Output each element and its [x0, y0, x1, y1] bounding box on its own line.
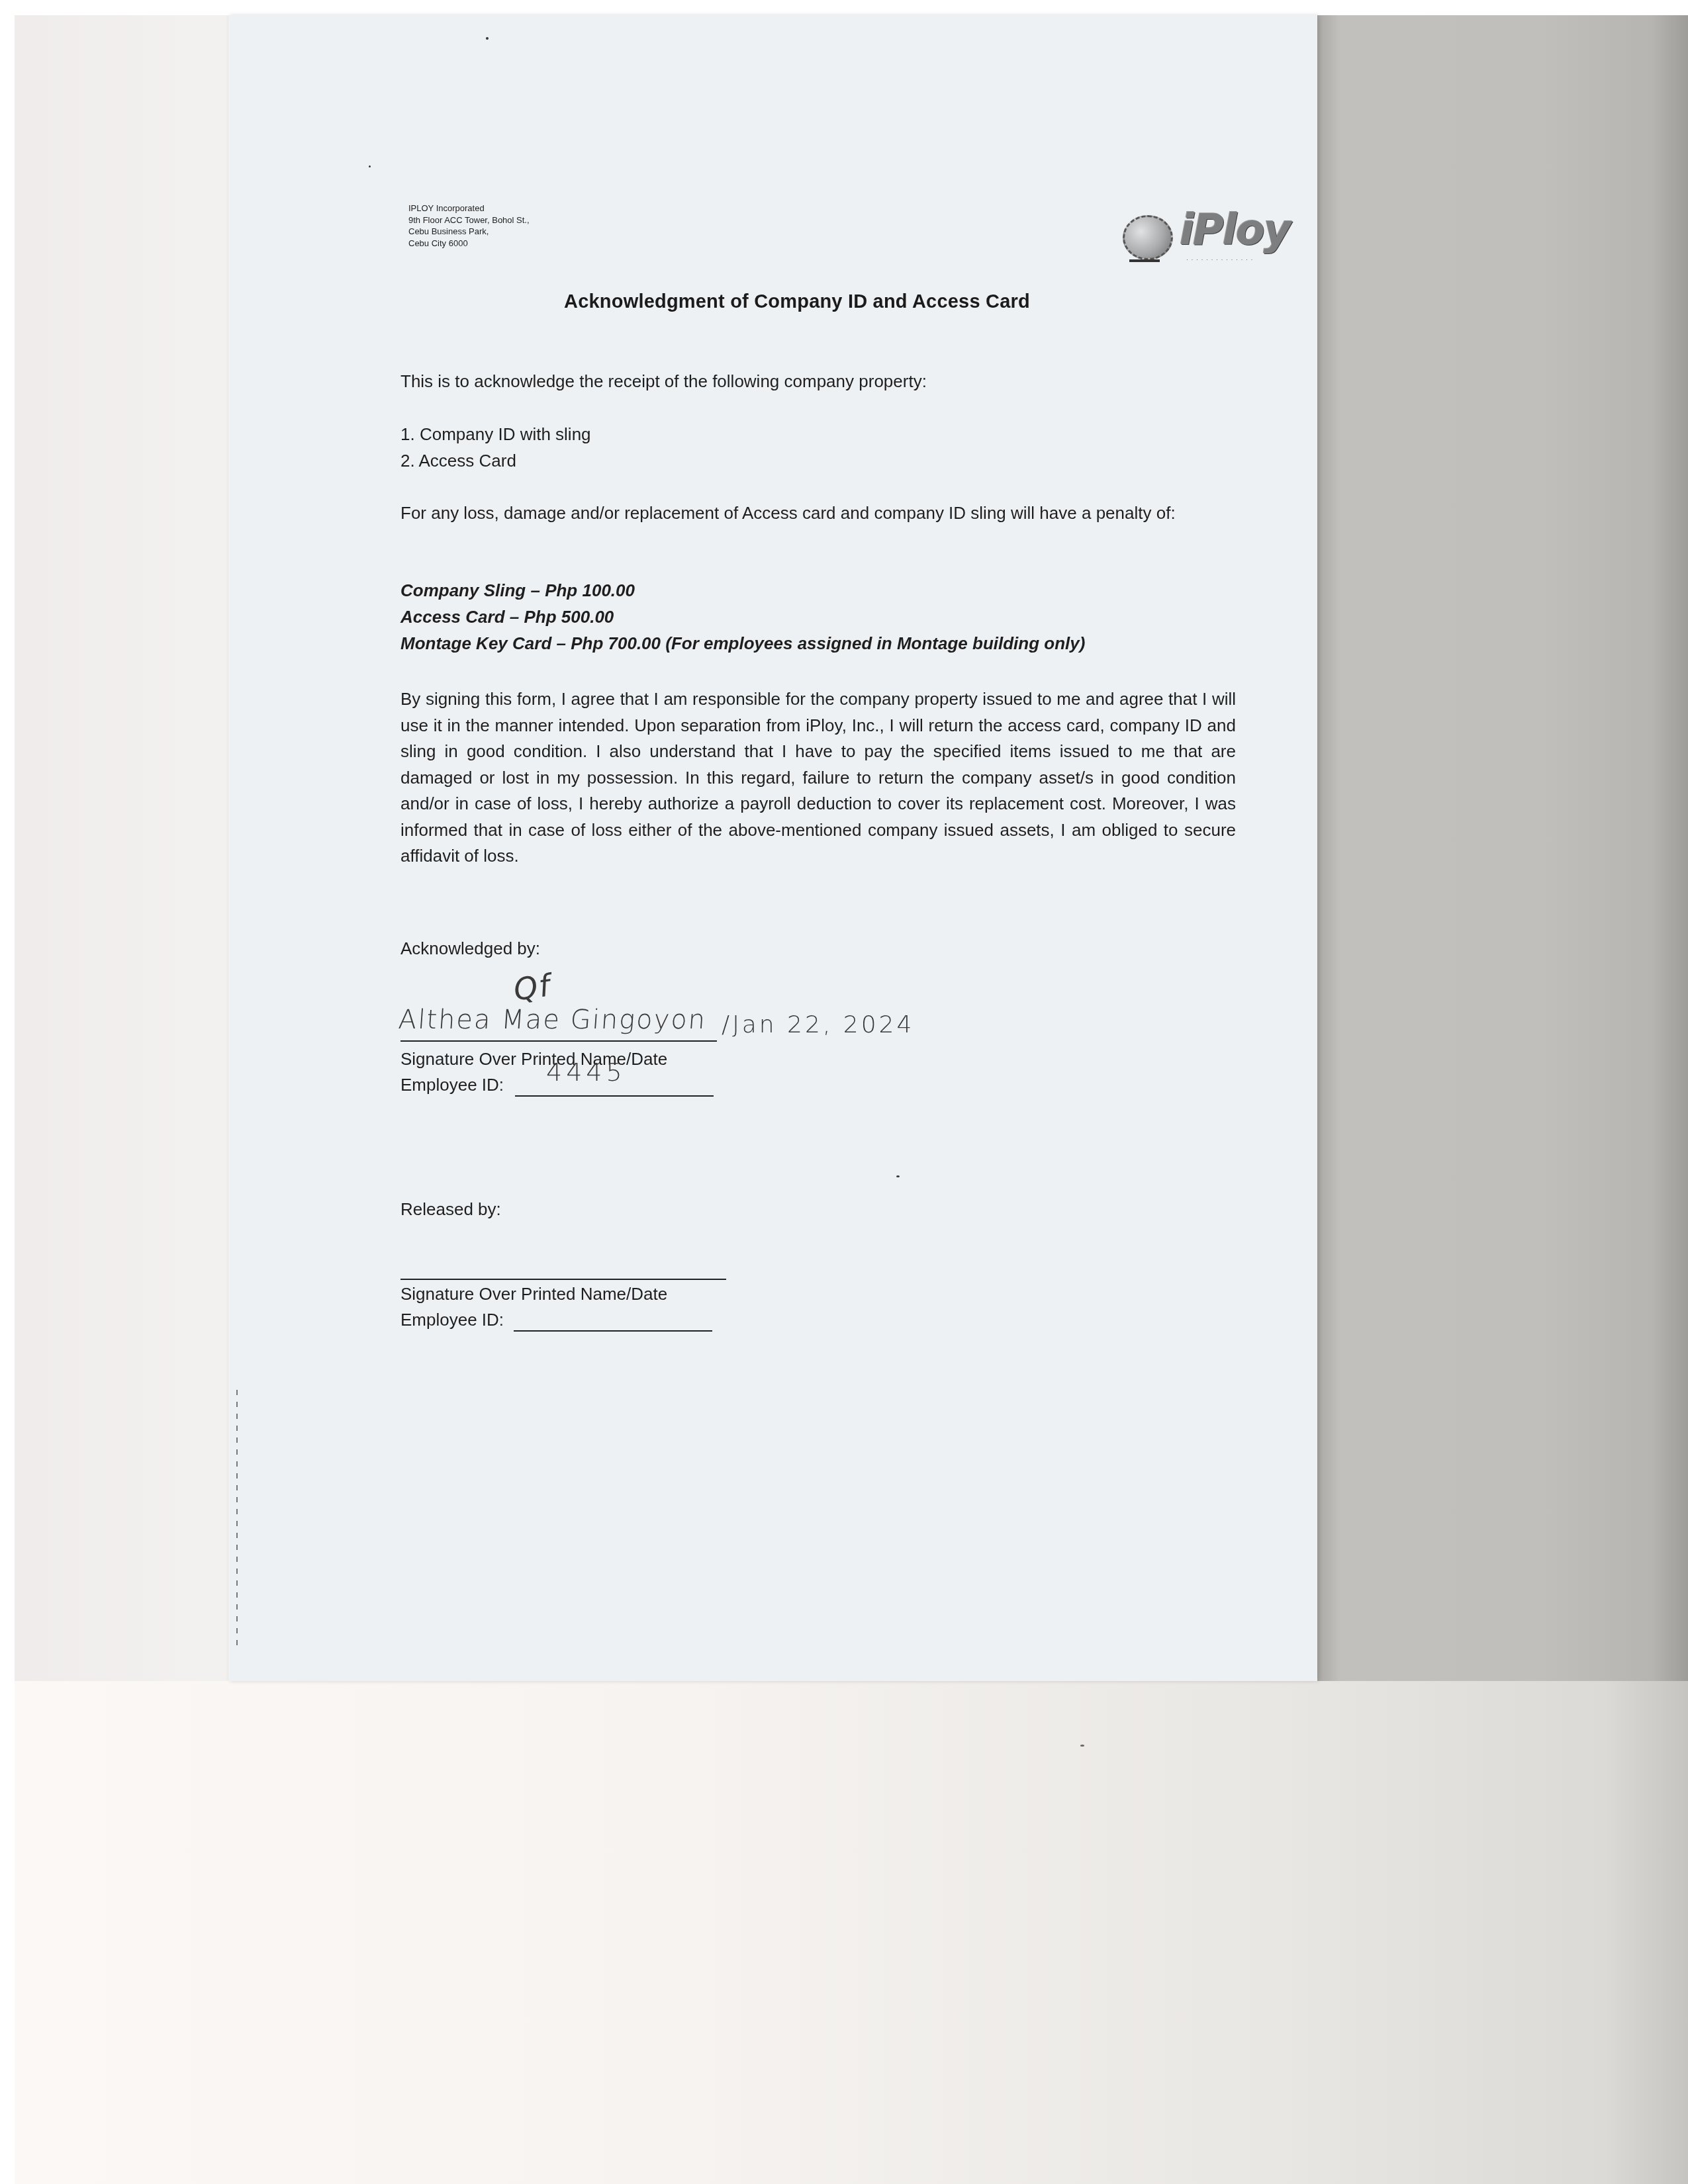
company-address: IPLOY Incorporated 9th Floor ACC Tower, … [408, 203, 530, 249]
intro-text: This is to acknowledge the receipt of th… [400, 371, 927, 392]
address-line: 9th Floor ACC Tower, Bohol St., [408, 214, 530, 226]
scan-speck [1080, 1745, 1084, 1747]
rate-item: Company Sling – Php 100.00 [400, 577, 1085, 604]
printed-name: Althea Mae Gingoyon [397, 1005, 707, 1035]
address-line: Cebu City 6000 [408, 238, 530, 250]
acknowledged-employee-id-value: 4445 [546, 1058, 626, 1087]
property-list: 1. Company ID with sling 2. Access Card [400, 421, 591, 474]
list-item: 2. Access Card [400, 447, 591, 474]
globe-icon [1123, 215, 1173, 260]
released-signature-caption: Signature Over Printed Name/Date [400, 1284, 667, 1304]
rate-item: Montage Key Card – Php 700.00 (For emplo… [400, 630, 1085, 657]
signature-date: /Jan 22, 2024 [722, 1011, 914, 1038]
address-line: Cebu Business Park, [408, 226, 530, 238]
acknowledged-signature-caption: Signature Over Printed Name/Date [400, 1049, 667, 1069]
scan-speck [369, 165, 371, 167]
company-logo: iPloy · · · · · · · · · · · · · · [1120, 208, 1286, 268]
scan-speck [486, 37, 489, 40]
address-line: IPLOY Incorporated [408, 203, 530, 214]
rate-item: Access Card – Php 500.00 [400, 604, 1085, 630]
document-title: Acknowledgment of Company ID and Access … [564, 291, 1030, 313]
binding-marks [236, 1390, 238, 1648]
scanner-shadow [1317, 15, 1688, 1681]
acknowledged-signature-line[interactable] [400, 1040, 717, 1042]
signature-initials: Qf [512, 967, 553, 1007]
released-signature-line[interactable] [400, 1279, 726, 1280]
released-label: Released by: [400, 1199, 501, 1220]
acknowledged-label: Acknowledged by: [400, 938, 540, 959]
acknowledged-employee-id-label: Employee ID: [400, 1075, 504, 1095]
acknowledged-employee-id-field[interactable] [515, 1095, 714, 1097]
logo-text: iPloy [1180, 206, 1289, 255]
released-employee-id-field[interactable] [514, 1330, 712, 1332]
penalty-rates: Company Sling – Php 100.00 Access Card –… [400, 577, 1085, 657]
logo-swoosh [1129, 259, 1160, 262]
agreement-paragraph: By signing this form, I agree that I am … [400, 686, 1236, 870]
released-employee-id-label: Employee ID: [400, 1310, 504, 1330]
scanner-background-bottom [15, 1681, 1688, 2184]
list-item: 1. Company ID with sling [400, 421, 591, 447]
logo-tagline: · · · · · · · · · · · · · · [1186, 256, 1253, 263]
scan-speck [896, 1175, 900, 1177]
penalty-text: For any loss, damage and/or replacement … [400, 502, 1235, 524]
